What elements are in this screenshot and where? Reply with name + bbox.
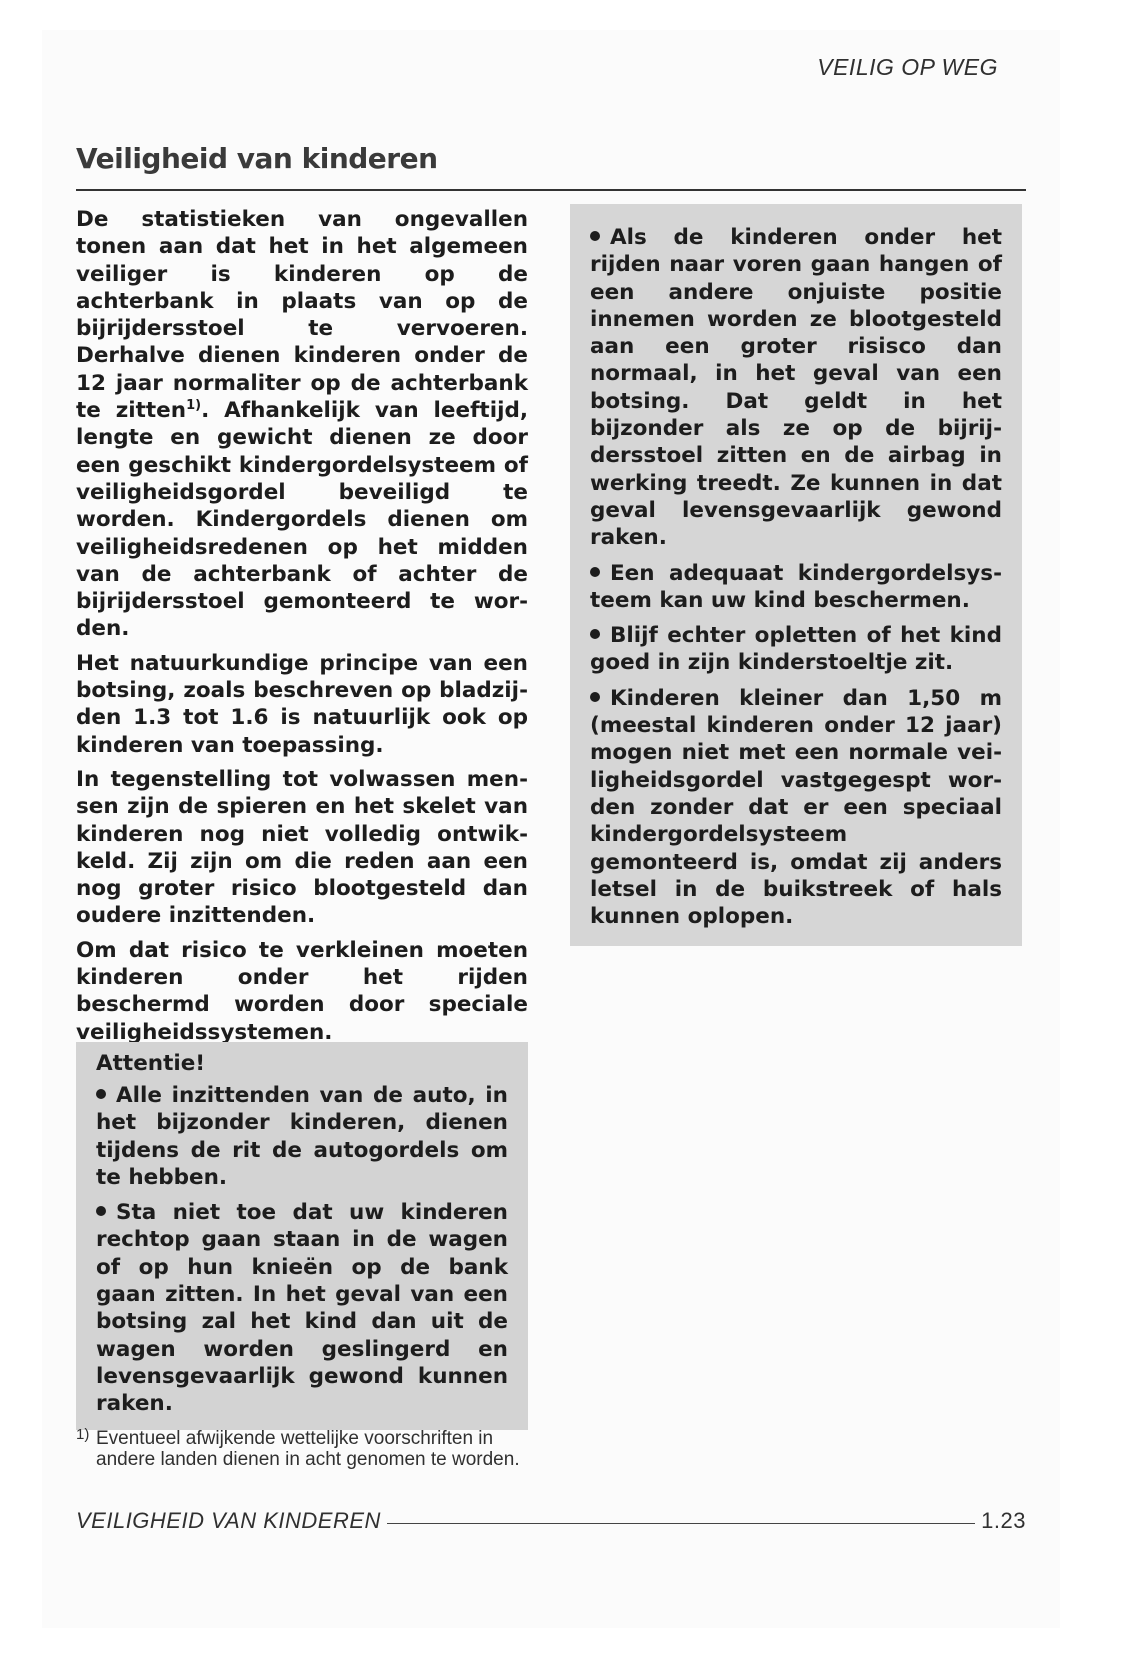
bullet-text: Sta niet toe dat uw kinderen rechtop gaa… [96, 1200, 508, 1416]
body-paragraph: Om dat risico te verkleinen moeten kinde… [76, 937, 528, 1046]
bullet-text: Kinderen kleiner dan 1,50 m (meestal kin… [590, 686, 1002, 929]
info-box: Als de kinderen onder het rijden naar vo… [570, 204, 1022, 946]
footnote-reference[interactable]: 1) [186, 398, 201, 413]
bullet-icon [590, 231, 600, 241]
info-bullet: Kinderen kleiner dan 1,50 m (meestal kin… [590, 685, 1002, 931]
info-bullet: Als de kinderen onder het rijden naar vo… [590, 224, 1002, 552]
footnote-text: Eventueel afwijkende wettelijke voorschr… [96, 1428, 528, 1470]
bullet-icon [96, 1206, 106, 1216]
title-divider [76, 189, 1026, 191]
info-bullet: Een adequaat kindergordelsys­teem kan uw… [590, 560, 1002, 615]
bullet-text: Als de kinderen onder het rijden naar vo… [590, 225, 1002, 550]
attention-bullet: Sta niet toe dat uw kinderen rechtop gaa… [96, 1199, 508, 1417]
left-column: De statistieken van ongevallen tonen aan… [76, 206, 528, 1053]
bullet-text: Alle inzittenden van de auto, in het bij… [96, 1083, 508, 1190]
footer-title: VEILIGHEID VAN KINDEREN [76, 1508, 381, 1534]
attention-box: Attentie! Alle inzittenden van de auto, … [76, 1042, 528, 1430]
bullet-text: Een adequaat kindergordelsys­teem kan uw… [590, 561, 1002, 613]
footnote-marker: 1) [76, 1424, 89, 1445]
footnote: 1) Eventueel afwijkende wettelijke voors… [76, 1428, 528, 1470]
attention-title: Attentie! [96, 1050, 508, 1078]
body-paragraph: Het natuurkundige principe van een botsi… [76, 650, 528, 759]
attention-bullet: Alle inzittenden van de auto, in het bij… [96, 1082, 508, 1191]
body-paragraph: De statistieken van ongevallen tonen aan… [76, 206, 528, 643]
bullet-icon [590, 567, 600, 577]
running-footer: VEILIGHEID VAN KINDEREN 1.23 [76, 1508, 1026, 1534]
section-title: Veiligheid van kinderen [76, 142, 438, 175]
bullet-icon [590, 692, 600, 702]
page-number: 1.23 [981, 1508, 1026, 1534]
running-header: VEILIG OP WEG [817, 54, 998, 81]
paragraph-text: De statistieken van ongevallen tonen aan… [76, 207, 528, 423]
body-paragraph: In tegenstelling tot volwassen men­sen z… [76, 766, 528, 930]
info-bullet: Blijf echter opletten of het kind goed i… [590, 622, 1002, 677]
bullet-icon [96, 1089, 106, 1099]
bullet-text: Blijf echter opletten of het kind goed i… [590, 623, 1002, 675]
bullet-icon [590, 629, 600, 639]
manual-page: VEILIG OP WEG Veiligheid van kinderen De… [42, 30, 1060, 1628]
paragraph-text: . Afhankelijk van leeftijd, lengte en ge… [76, 398, 528, 641]
footer-divider [387, 1523, 975, 1524]
